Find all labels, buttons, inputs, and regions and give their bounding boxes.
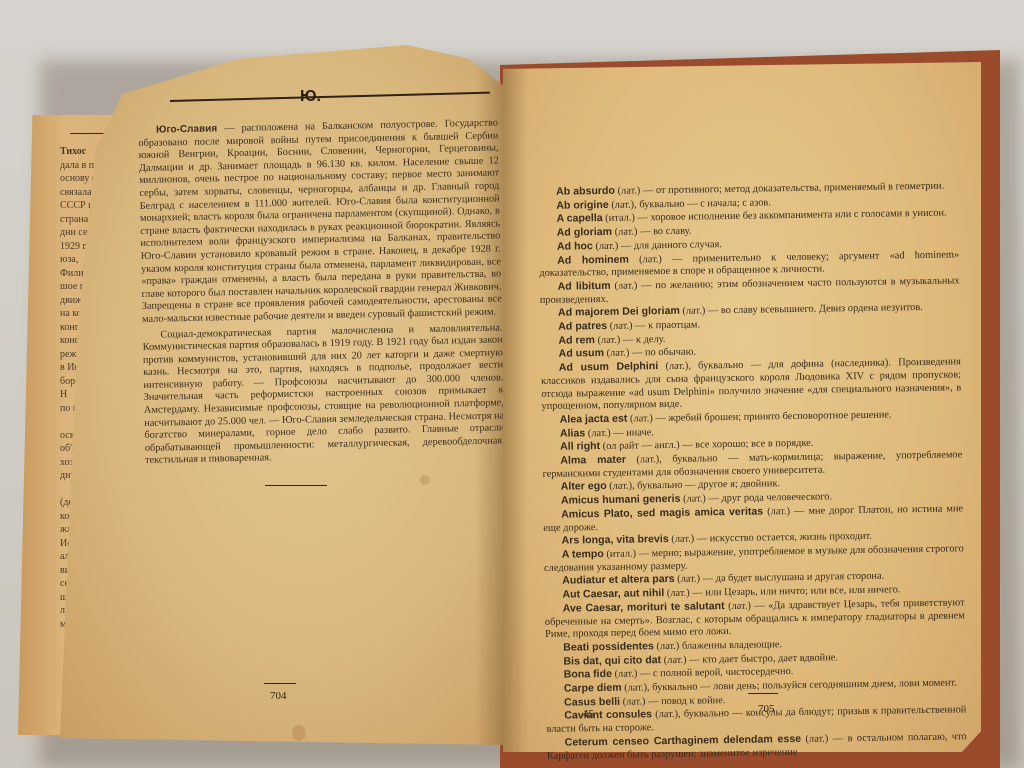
entry-term: Alias	[560, 427, 586, 439]
paper-stain	[292, 725, 306, 741]
entry-definition: (лат.) — друг рода человеческого.	[680, 492, 832, 505]
entry-term: Carpe diem	[564, 682, 622, 695]
right-gutter-shadow	[503, 62, 528, 752]
entry-term: Ad gloriam	[557, 226, 613, 239]
entry-term: Amicus Plato, sed magis amica veritas	[561, 505, 763, 520]
article-term: Юго-Славия	[156, 123, 217, 135]
entry-definition: (лат.) — жребий брошен; принято бесповор…	[627, 409, 891, 424]
entry-term: Aut Caesar, aut nihil	[562, 587, 664, 601]
entry-definition: (лат.), буквально — другое я; двойник.	[607, 479, 781, 493]
entry-term: Ad patres	[558, 320, 607, 333]
right-page-text: Ab absurdo (лат.) — от противного; метод…	[538, 179, 967, 763]
entry-definition: (лат.) — по обычаю.	[604, 347, 696, 359]
entry-term: All right	[560, 440, 600, 453]
entry-definition: (лат.) — к праотцам.	[607, 320, 700, 332]
entry-definition: (лат.) — повод к войне.	[620, 695, 726, 708]
paper-stain	[420, 475, 430, 485]
article-paragraph: Юго-Славия — расположена на Балканском п…	[138, 117, 502, 326]
dictionary-entry: Ad usum Delphini (лат.), буквально — для…	[541, 356, 962, 414]
entry-term: Ad usum Delphini	[559, 360, 659, 374]
left-footer-rule	[264, 683, 296, 684]
entry-definition: (лат.) блаженны владеющие.	[654, 639, 782, 652]
entry-term: Ad rem	[558, 334, 595, 347]
entry-term: Ars longa, vita brevis	[561, 533, 668, 547]
entry-term: Audiatur et altera pars	[562, 573, 675, 587]
entry-term: Ad majorem Dei gloriam	[558, 305, 680, 319]
entry-term: Ab origine	[556, 199, 609, 212]
article-paragraph: Социал-демократическая партия малочислен…	[142, 322, 505, 468]
section-end-rule	[265, 485, 327, 486]
entry-definition: (лат.) — во славу всевышнего. Девиз орде…	[680, 302, 923, 317]
entry-term: Casus belli	[564, 695, 620, 708]
signature-mark: 45	[583, 708, 594, 720]
entry-term: Alter ego	[561, 480, 607, 493]
entry-definition: (ол райт — англ.) — все хорошо; все в по…	[600, 438, 813, 452]
entry-definition: (лат.) — да будет выслушана и другая сто…	[675, 571, 885, 585]
entry-term: Caviant consules	[564, 709, 652, 722]
entry-term: Ave Caesar, morituri te salutant	[563, 600, 725, 615]
entry-term: Ad hoc	[557, 240, 593, 253]
right-footer-rule	[748, 693, 778, 694]
entry-term: Ad hominem	[557, 253, 629, 266]
left-page-number: 704	[270, 690, 287, 702]
entry-term: Ad libitum	[557, 280, 610, 293]
entry-term: Amicus humani generis	[561, 493, 681, 507]
entry-definition: (лат.) — иначе.	[585, 427, 654, 439]
entry-term: A capella	[556, 212, 602, 225]
entry-definition: (лат.) — с полной верой, чистосердечно.	[612, 666, 794, 680]
entry-term: A tempo	[562, 548, 604, 561]
entry-definition: (лат.) — кто дает быстро, дает вдвойне.	[661, 652, 838, 666]
right-page-number: 705	[758, 703, 775, 715]
entry-definition: (лат.) — к делу.	[595, 334, 666, 346]
left-page-text: Юго-Славия — расположена на Балканском п…	[138, 117, 505, 470]
entry-term: Beati possidentes	[563, 640, 654, 653]
entry-definition: (лат.) — искусство остается, жизнь прохо…	[669, 531, 872, 545]
entry-definition: (лат.), буквально — с начала; с азов.	[609, 197, 771, 211]
entry-definition: (лат.) — для данного случая.	[593, 239, 722, 252]
entry-term: Alea jacta est	[560, 413, 628, 426]
section-letter-heading: Ю.	[300, 88, 321, 106]
entry-term: Ab absurdo	[556, 185, 615, 198]
entry-term: Alma mater	[560, 454, 626, 467]
entry-term: Bis dat, qui cito dat	[563, 654, 661, 668]
dictionary-entry: Ave Caesar, morituri te salutant (лат.) …	[545, 596, 966, 642]
entry-term: Ad usum	[559, 347, 605, 360]
entry-definition: (лат.) — во славу.	[612, 226, 691, 238]
entry-term: Bona fide	[564, 668, 612, 681]
